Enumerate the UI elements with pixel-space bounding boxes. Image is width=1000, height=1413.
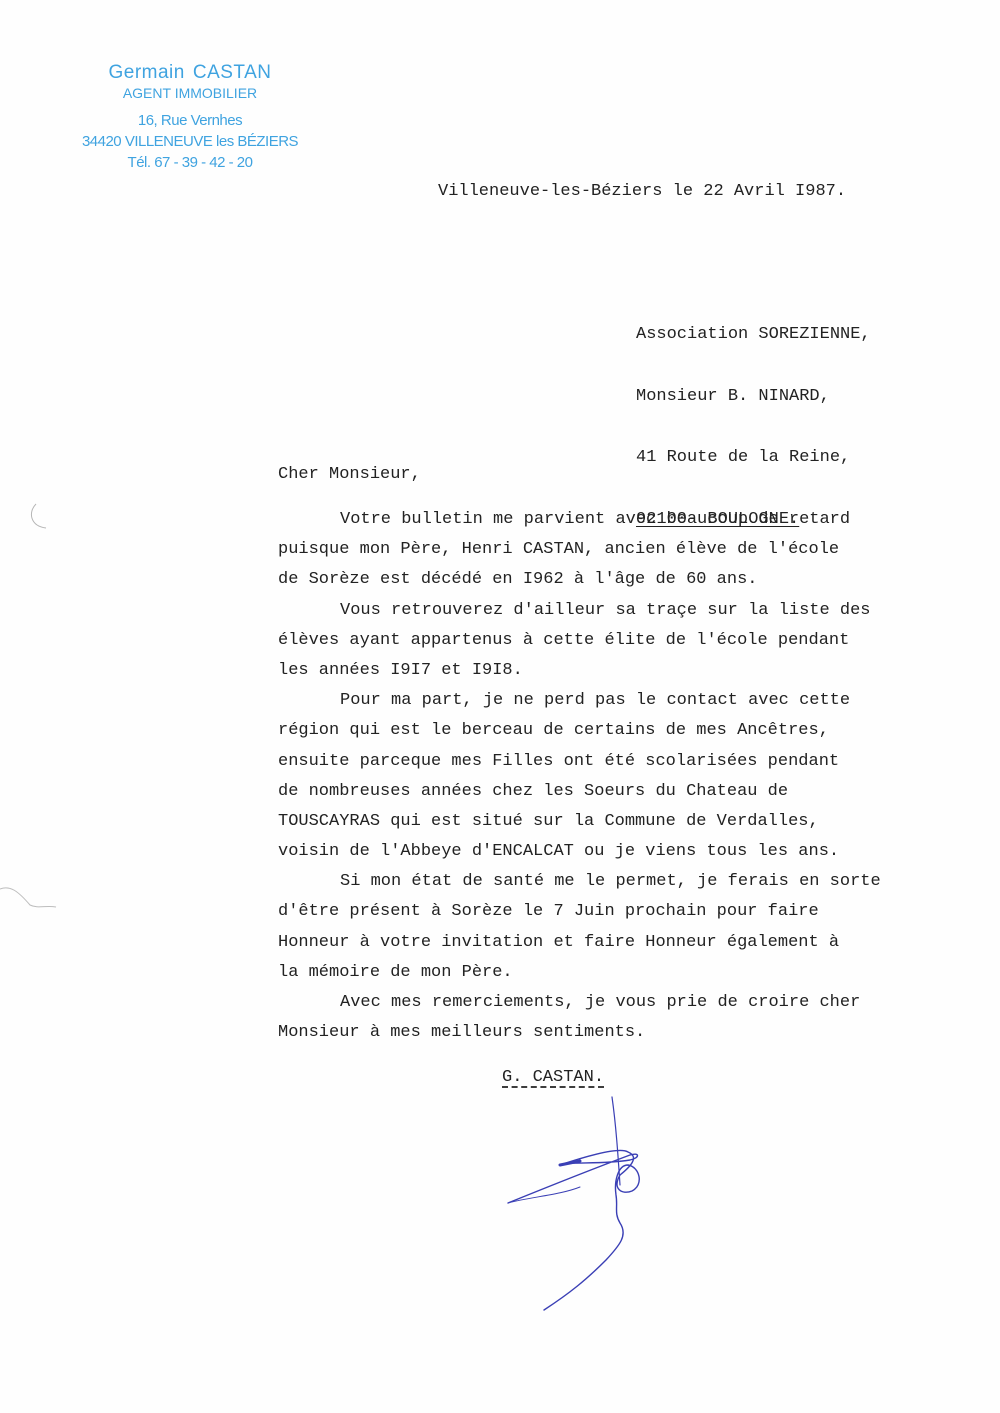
letterhead: GermainCASTAN AGENT IMMOBILIER 16, Rue V… xyxy=(60,62,320,173)
body-line: Votre bulletin me parvient avec beaucoup… xyxy=(278,505,998,535)
body-line: Monsieur à mes meilleurs sentiments. xyxy=(278,1018,998,1048)
margin-mark-icon xyxy=(26,500,66,540)
letterhead-name: GermainCASTAN xyxy=(60,62,320,84)
recipient-line-2: Monsieur B. NINARD, xyxy=(636,387,871,408)
letterhead-city: 34420 VILLENEUVE les BÉZIERS xyxy=(60,131,320,152)
body-line: Si mon état de santé me le permet, je fe… xyxy=(278,867,998,897)
body-line: ensuite parceque mes Filles ont été scol… xyxy=(278,747,998,777)
body-line: la mémoire de mon Père. xyxy=(278,958,998,988)
body-line: puisque mon Père, Henri CASTAN, ancien é… xyxy=(278,535,998,565)
body-line: Avec mes remerciements, je vous prie de … xyxy=(278,988,998,1018)
signature-icon xyxy=(500,1095,700,1315)
recipient-line-3: 41 Route de la Reine, xyxy=(636,448,871,469)
body-line: de Sorèze est décédé en I962 à l'âge de … xyxy=(278,565,998,595)
body-line: région qui est le berceau de certains de… xyxy=(278,716,998,746)
body-line: Vous retrouverez d'ailleur sa traçe sur … xyxy=(278,596,998,626)
letterhead-street: 16, Rue Vernhes xyxy=(60,110,320,131)
letterhead-title: AGENT IMMOBILIER xyxy=(60,84,320,102)
dateline: Villeneuve-les-Béziers le 22 Avril I987. xyxy=(438,182,846,201)
margin-mark-icon xyxy=(0,885,60,915)
body-line: Pour ma part, je ne perd pas le contact … xyxy=(278,686,998,716)
body-line: d'être présent à Sorèze le 7 Juin procha… xyxy=(278,897,998,927)
signature-name: G. CASTAN. xyxy=(502,1068,604,1087)
recipient-line-1: Association SOREZIENNE, xyxy=(636,325,871,346)
letterhead-last-name: CASTAN xyxy=(193,62,272,83)
letter-page: GermainCASTAN AGENT IMMOBILIER 16, Rue V… xyxy=(0,0,1000,1413)
letterhead-phone: Tél. 67 - 39 - 42 - 20 xyxy=(60,152,320,173)
body-line: TOUSCAYRAS qui est situé sur la Commune … xyxy=(278,807,998,837)
letterhead-first-name: Germain xyxy=(108,62,184,83)
body-line: élèves ayant appartenus à cette élite de… xyxy=(278,626,998,656)
body-line: de nombreuses années chez les Soeurs du … xyxy=(278,777,998,807)
body-line: les années I9I7 et I9I8. xyxy=(278,656,998,686)
letter-body: Votre bulletin me parvient avec beaucoup… xyxy=(278,505,998,1048)
body-line: voisin de l'Abbeye d'ENCALCAT ou je vien… xyxy=(278,837,998,867)
body-line: Honneur à votre invitation et faire Honn… xyxy=(278,928,998,958)
salutation: Cher Monsieur, xyxy=(278,465,421,484)
